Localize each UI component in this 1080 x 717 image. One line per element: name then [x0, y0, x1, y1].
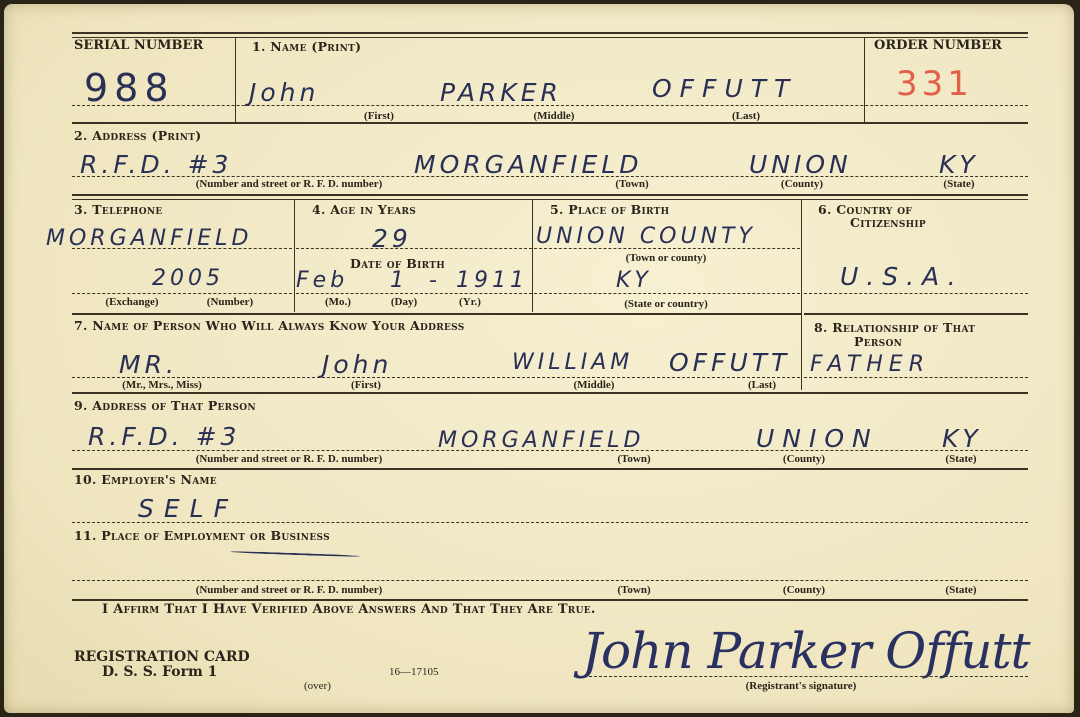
- contact-dashline: [72, 377, 800, 378]
- row3-rule-right: [804, 313, 1028, 315]
- registrant-signature[interactable]: John Parker Offutt: [582, 622, 1030, 680]
- name-last-value[interactable]: OFFUTT: [652, 74, 797, 103]
- telephone-number-sublabel: (Number): [207, 296, 253, 308]
- dob-dashline: [296, 293, 532, 294]
- name-first-sublabel: (First): [364, 110, 394, 122]
- address-street-value[interactable]: R.F.D. #3: [80, 150, 232, 179]
- contact-first-sublabel: (First): [351, 379, 381, 391]
- telephone-exchange-sublabel: (Exchange): [105, 296, 158, 308]
- address-state-value[interactable]: KY: [939, 150, 979, 179]
- contact-last-value[interactable]: OFFUTT: [669, 348, 790, 377]
- contact-middle-sublabel: (Middle): [574, 379, 615, 391]
- divider: [801, 200, 802, 390]
- card-title: REGISTRATION CARD: [74, 649, 250, 665]
- name-last-sublabel: (Last): [732, 110, 760, 122]
- birthplace-town-sublabel: (Town or county): [626, 252, 707, 264]
- citizenship-label-2: Citizenship: [850, 215, 926, 230]
- contact-first-value[interactable]: John: [322, 350, 392, 379]
- address-label: 2. Address (Print): [74, 128, 201, 143]
- telephone-number-value[interactable]: 2005: [152, 266, 224, 291]
- row2-rule-inner: [72, 199, 1028, 200]
- address-town-value[interactable]: MORGANFIELD: [414, 150, 643, 179]
- birthplace-dashline-2: [534, 293, 800, 294]
- divider: [532, 200, 533, 312]
- employment-place-dashline: [72, 580, 1028, 581]
- address-dashline: [72, 176, 1028, 177]
- employment-place-dash-mark: [230, 551, 360, 558]
- dob-month-value[interactable]: Feb: [296, 268, 348, 293]
- row3-rule: [72, 313, 802, 315]
- name-middle-sublabel: (Middle): [534, 110, 575, 122]
- row1-rule: [72, 122, 1028, 124]
- employment-town-sublabel: (Town): [617, 584, 650, 596]
- row7-rule: [72, 599, 1028, 601]
- relationship-label-1: 8. Relationship of That: [814, 320, 975, 335]
- dob-day-sublabel: (Day): [391, 296, 417, 308]
- contact-address-street-sublabel: (Number and street or R. F. D. number): [196, 453, 383, 465]
- print-code: 16—17105: [389, 666, 439, 678]
- birthplace-town-value[interactable]: UNION COUNTY: [536, 224, 756, 249]
- relationship-dashline: [804, 377, 1028, 378]
- employer-dashline: [72, 522, 1028, 523]
- dob-year-sublabel: (Yr.): [459, 296, 481, 308]
- name-label: 1. Name (Print): [252, 39, 361, 54]
- contact-last-sublabel: (Last): [748, 379, 776, 391]
- age-label: 4. Age in Years: [312, 202, 416, 217]
- row1-dashline: [72, 105, 1028, 106]
- contact-label: 7. Name of Person Who Will Always Know Y…: [74, 318, 465, 333]
- employment-state-sublabel: (State): [945, 584, 976, 596]
- contact-address-street-value[interactable]: R.F.D. #3: [88, 422, 240, 451]
- order-number-value[interactable]: 331: [896, 64, 973, 104]
- divider: [235, 38, 236, 122]
- contact-address-state-value[interactable]: KY: [942, 424, 982, 453]
- employment-place-label: 11. Place of Employment or Business: [74, 528, 330, 543]
- telephone-label: 3. Telephone: [74, 202, 163, 217]
- telephone-dashline-2: [72, 293, 292, 294]
- affirmation-text: I Affirm That I Have Verified Above Answ…: [102, 602, 596, 617]
- name-middle-value[interactable]: PARKER: [440, 78, 562, 107]
- serial-number-value[interactable]: 988: [84, 66, 175, 110]
- order-number-label: ORDER NUMBER: [874, 38, 1002, 53]
- contact-title-value[interactable]: MR.: [119, 350, 178, 379]
- over-label: (over): [304, 680, 331, 692]
- address-street-sublabel: (Number and street or R. F. D. number): [196, 178, 383, 190]
- citizenship-value[interactable]: U.S.A.: [840, 262, 964, 291]
- signature-label: (Registrant's signature): [746, 680, 857, 692]
- row5-rule: [72, 468, 1028, 470]
- telephone-dashline-1: [72, 248, 292, 249]
- employer-value[interactable]: SELF: [138, 494, 238, 523]
- relationship-label-2: Person: [854, 334, 902, 349]
- contact-address-county-sublabel: (County): [783, 453, 825, 465]
- employer-label: 10. Employer's Name: [74, 472, 217, 487]
- form-number: D. S. S. Form 1: [102, 664, 217, 680]
- divider: [294, 200, 295, 312]
- address-county-value[interactable]: UNION: [749, 150, 852, 179]
- contact-address-dashline: [72, 450, 1028, 451]
- top-rule: [72, 32, 1028, 34]
- registration-card: SERIAL NUMBER 988 1. Name (Print) John P…: [4, 4, 1074, 713]
- name-first-value[interactable]: John: [249, 78, 319, 107]
- dob-month-sublabel: (Mo.): [325, 296, 351, 308]
- contact-address-label: 9. Address of That Person: [74, 398, 256, 413]
- birthplace-state-sublabel: (State or country): [624, 298, 708, 310]
- employment-county-sublabel: (County): [783, 584, 825, 596]
- citizenship-dashline: [804, 293, 1028, 294]
- row2-rule: [72, 194, 1028, 196]
- relationship-value[interactable]: FATHER: [810, 352, 930, 377]
- dob-year-value[interactable]: 1911: [456, 268, 528, 293]
- birthplace-dashline-1: [534, 248, 800, 249]
- birthplace-label: 5. Place of Birth: [550, 202, 669, 217]
- divider: [864, 38, 865, 122]
- serial-number-label: SERIAL NUMBER: [74, 38, 203, 53]
- address-county-sublabel: (County): [781, 178, 823, 190]
- row4-rule: [72, 392, 1028, 394]
- address-town-sublabel: (Town): [615, 178, 648, 190]
- age-dashline: [296, 248, 532, 249]
- employment-street-sublabel: (Number and street or R. F. D. number): [196, 584, 383, 596]
- birthplace-state-value[interactable]: KY: [616, 268, 652, 293]
- address-state-sublabel: (State): [943, 178, 974, 190]
- contact-address-town-sublabel: (Town): [617, 453, 650, 465]
- contact-address-county-value[interactable]: UNION: [756, 424, 879, 453]
- contact-address-state-sublabel: (State): [945, 453, 976, 465]
- contact-title-sublabel: (Mr., Mrs., Miss): [122, 379, 202, 391]
- contact-middle-value[interactable]: WILLIAM: [512, 350, 633, 375]
- dob-day-value[interactable]: 1: [390, 268, 408, 293]
- dob-dash: -: [429, 268, 441, 293]
- signature-dashline: [589, 676, 1028, 677]
